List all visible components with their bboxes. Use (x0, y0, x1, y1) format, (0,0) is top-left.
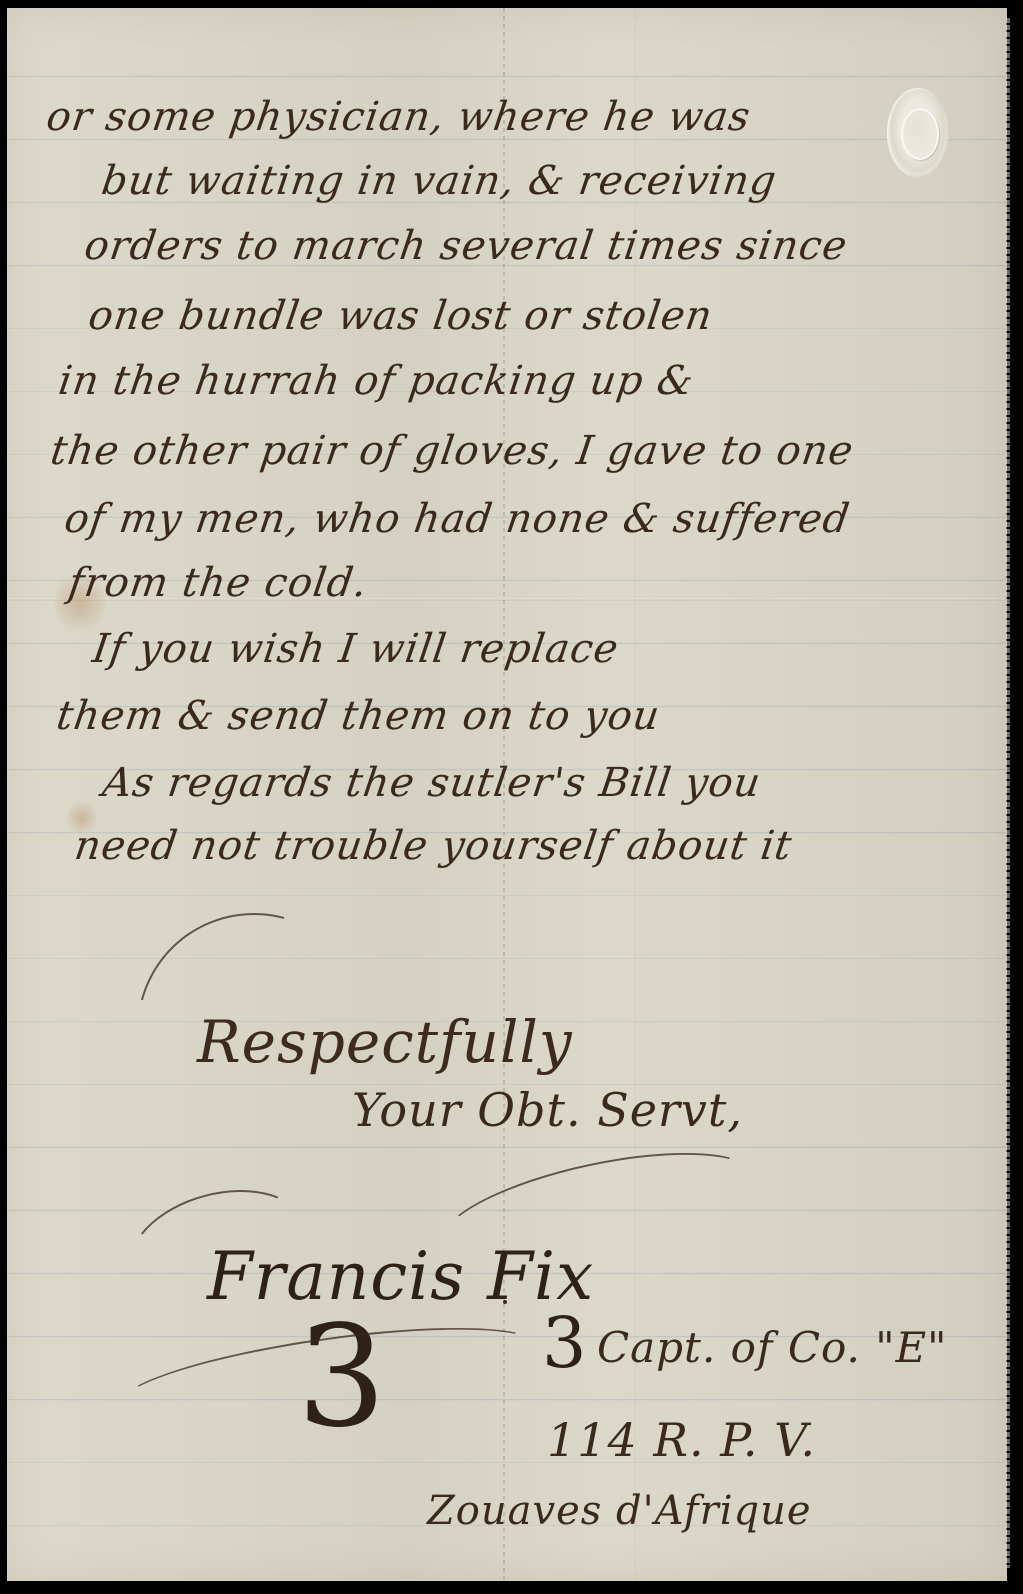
letter-line: but waiting in vain, & receiving (99, 158, 780, 204)
letter-line: If you wish I will replace (90, 626, 622, 672)
letter-line: As regards the sutler's Bill you (100, 760, 764, 806)
letter-line: the other pair of gloves, I gave to one (48, 428, 857, 474)
closing-servant: Your Obt. Servt, (352, 1083, 743, 1137)
letter-line: or some physician, where he was (44, 94, 754, 140)
signature-unit: Zouaves d'Afrique (427, 1488, 812, 1534)
signature-title: Capt. of Co. "E" (597, 1323, 948, 1372)
letter-line: in the hurrah of packing up & (56, 358, 697, 404)
closing-respectfully: Respectfully (197, 1008, 573, 1076)
letter-line: from the cold. (66, 560, 371, 606)
embossed-seal-icon (887, 88, 949, 178)
letter-page: or some physician, where he was but wait… (7, 8, 1007, 1581)
letter-line: them & send them on to you (54, 693, 663, 739)
letter-line: need not trouble yourself about it (72, 823, 795, 869)
title-brace-icon: 3 (542, 1308, 587, 1378)
signature-regiment: 114 R. P. V. (547, 1413, 816, 1467)
signature-name: Francis Fix (207, 1238, 594, 1315)
letter-line: orders to march several times since (82, 223, 851, 269)
letter-line: one bundle was lost or stolen (86, 293, 716, 339)
ink-dot (503, 1300, 507, 1304)
letter-line: of my men, who had none & suffered (62, 496, 853, 542)
